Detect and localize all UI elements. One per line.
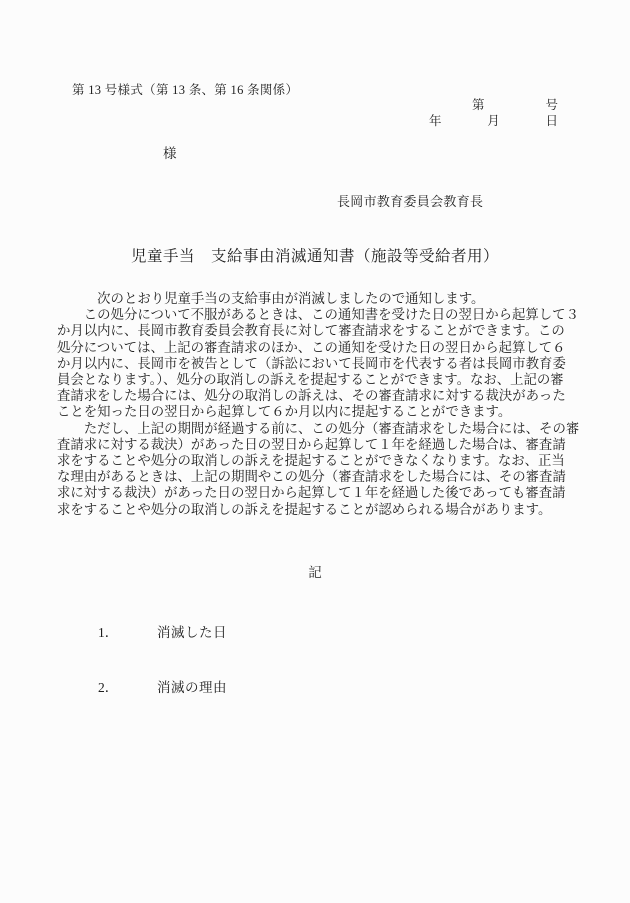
ki-marker: 記 <box>0 561 630 581</box>
body-line: か月以内に、長岡市を被告として（訴訟において長岡市を代表する者は長岡市教育委 <box>57 356 573 372</box>
document-title: 児童手当 支給事由消滅通知書（施設等受給者用） <box>0 244 630 266</box>
month-label: 月 <box>487 111 500 129</box>
body-line: この処分について不服があるときは、この通知書を受けた日の翌日から起算して３ <box>57 307 573 323</box>
body-line: 求をすることや処分の取消しの訴えを提起することができなくなります。なお、正当 <box>57 453 573 469</box>
sender-name: 長岡市教育委員会教育長 <box>337 191 483 210</box>
body-line: 求をすることや処分の取消しの訴えを提起することが認められる場合があります。 <box>57 502 573 518</box>
item-number: 2． <box>98 676 118 696</box>
body-line: ただし、上記の期間が経過する前に、この処分（審査請求をした場合には、その審 <box>57 421 573 437</box>
body-line: ことを知った日の翌日から起算して６か月以内に提起することができます。 <box>57 404 573 420</box>
body-line: 次のとおり児童手当の支給事由が消滅しましたので通知します。 <box>57 291 573 307</box>
body-line: 処分については、上記の審査請求のほか、この通知を受けた日の翌日から起算して６ <box>57 340 573 356</box>
item-row-extinction-reason: 2． 消滅の理由 <box>0 676 630 694</box>
body-line: な理由があるときは、上記の期間やこの処分（審査請求をした場合には、その審査請 <box>57 469 573 485</box>
date-line: 年 月 日 <box>429 111 558 129</box>
body-text: 次のとおり児童手当の支給事由が消滅しましたので通知します。 この処分について不服… <box>57 291 573 518</box>
body-line: 員会となります。）、処分の取消しの訴えを提起することができます。なお、上記の審 <box>57 372 573 388</box>
year-label: 年 <box>429 111 442 129</box>
addressee-suffix: 様 <box>163 142 177 162</box>
body-line: 求に対する裁決）があった日の翌日から起算して１年を経過した後であっても審査請 <box>57 485 573 501</box>
body-line: 査請求をした場合には、処分の取消しの訴えは、その審査請求に対する裁決があった <box>57 388 573 404</box>
document-page: 第 13 号様式（第 13 条、第 16 条関係） 第 号 年 月 日 様 長岡… <box>0 0 630 903</box>
item-label: 消滅の理由 <box>157 676 227 696</box>
item-row-extinction-date: 1． 消滅した日 <box>0 621 630 639</box>
form-number: 第 13 号様式（第 13 条、第 16 条関係） <box>72 80 298 98</box>
body-line: か月以内に、長岡市教育委員会教育長に対して審査請求をすることができます。この <box>57 323 573 339</box>
body-line: 査請求に対する裁決）があった日の翌日から起算して１年を経過した場合は、審査請 <box>57 437 573 453</box>
item-label: 消滅した日 <box>157 621 227 641</box>
day-label: 日 <box>545 111 558 129</box>
item-number: 1． <box>98 621 118 641</box>
